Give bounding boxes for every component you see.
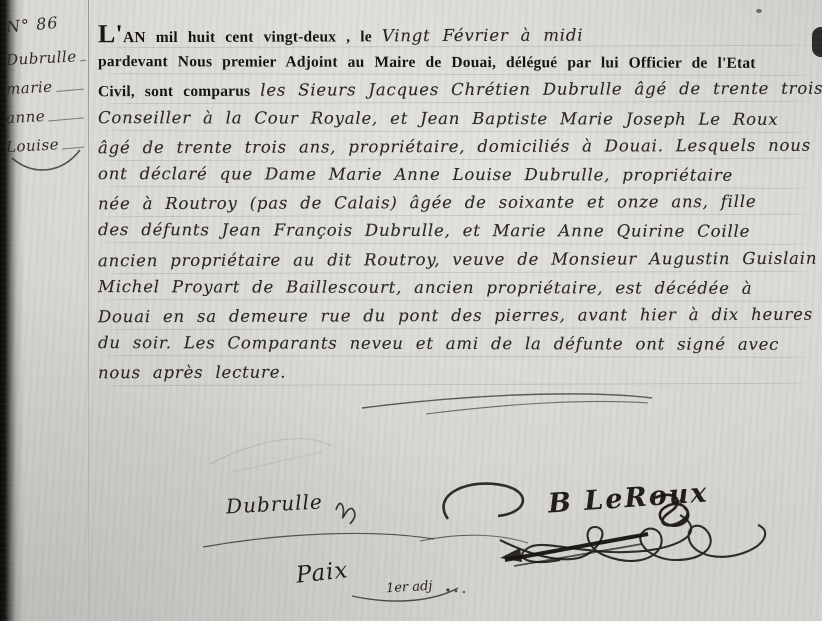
handwritten-text: ont déclaré que Dame Marie Anne Louise D…: [98, 164, 733, 185]
faint-pencil-stroke: [210, 439, 332, 464]
margin-name-row: marie: [6, 76, 87, 98]
margin-name-line: Dubrulle: [6, 47, 77, 69]
body-line: ont déclaré que Dame Marie Anne Louise D…: [98, 164, 814, 194]
body-line: Civil, sont comparusles Sieurs Jacques C…: [98, 79, 814, 110]
handwritten-text: Douai en sa demeure rue du pont des pier…: [98, 305, 813, 326]
margin-name-row: anne: [6, 105, 87, 127]
ink-dot: [463, 591, 466, 594]
act-body-text: L'AN mil huit cent vingt-deux , leVingt …: [98, 24, 814, 390]
act-number: N° 86: [5, 11, 86, 37]
body-line: L'AN mil huit cent vingt-deux , leVingt …: [98, 23, 814, 54]
margin-name-line: marie: [6, 78, 53, 98]
closing-flourish: [426, 401, 648, 414]
body-line: Conseiller à la Cour Royale, et Jean Bap…: [98, 108, 814, 138]
body-line: Michel Proyart de Baillescourt, ancien p…: [98, 277, 814, 307]
body-line: âgé de trente trois ans, propriétaire, d…: [98, 136, 814, 167]
body-line: ancien propriétaire au dit Routroy, veuv…: [98, 248, 814, 279]
margin-underline-flourish: [80, 60, 86, 62]
handwritten-text: des défunts Jean François Dubrulle, et M…: [98, 220, 750, 241]
printed-text: pardevant Nous premier Adjoint au Maire …: [98, 53, 756, 72]
handwritten-text: Michel Proyart de Baillescourt, ancien p…: [98, 277, 752, 298]
body-line: nous après lecture.: [98, 361, 814, 392]
signature-adjoint: Paix: [295, 557, 350, 588]
flourish-arrowhead: [500, 548, 522, 562]
ink-dot: [455, 590, 458, 593]
margin-name-row: Dubrulle: [6, 47, 87, 69]
margin-name-line: Louise: [6, 135, 60, 156]
body-line: des défunts Jean François Dubrulle, et M…: [98, 220, 814, 250]
printed-text: Civil, sont comparus: [98, 83, 250, 101]
handwritten-text: les Sieurs Jacques Chrétien Dubrulle âgé…: [260, 79, 822, 100]
margin-underline-flourish: [48, 117, 84, 121]
handwritten-text: née à Routroy (pas de Calais) âgée de so…: [98, 192, 757, 213]
handwritten-text: Conseiller à la Cour Royale, et Jean Bap…: [98, 108, 778, 129]
bold-flourish-stroke: [505, 534, 648, 560]
printed-text: L'AN mil huit cent vingt-deux , le: [98, 28, 372, 46]
body-line: Douai en sa demeure rue du pont des pier…: [98, 305, 814, 336]
handwritten-text: du soir. Les Comparants neveu et ami de …: [98, 333, 779, 354]
body-line: pardevant Nous premier Adjoint au Maire …: [98, 51, 814, 81]
document-scan: N° 86 Dubrulle marie anne Louise L'AN mi…: [0, 0, 822, 621]
margin-name-line: anne: [6, 107, 46, 127]
signature-adjoint-title: 1er adj: [386, 579, 433, 596]
handwritten-text: âgé de trente trois ans, propriétaire, d…: [98, 136, 811, 157]
paper-speck: [756, 9, 762, 13]
signature-dubrulle: Dubrulle: [225, 489, 323, 518]
closing-flourish: [362, 394, 652, 408]
handwritten-text: nous après lecture.: [98, 363, 286, 383]
handwritten-text: ancien propriétaire au dit Routroy, veuv…: [98, 248, 817, 270]
bold-flourish-stroke: [514, 544, 642, 566]
thin-flourish-line: [420, 535, 528, 543]
margin-underline-flourish: [62, 147, 84, 150]
margin-underline-flourish: [56, 89, 84, 92]
body-line: née à Routroy (pas de Calais) âgée de so…: [98, 192, 814, 223]
margin-name-row: Louise: [6, 134, 87, 156]
margin-annotations: N° 86 Dubrulle marie anne Louise: [6, 14, 86, 165]
signature-loops-leroux: [500, 515, 765, 562]
margin-rule-line: [88, 0, 89, 621]
signature-curl-leroux: [444, 484, 523, 519]
body-line: du soir. Les Comparants neveu et ami de …: [98, 333, 814, 363]
faint-pencil-stroke: [232, 452, 322, 472]
handwritten-text: Vingt Février à midi: [382, 26, 584, 46]
signature-paraph-dubrulle: [336, 504, 355, 524]
signature-leroux: B LeRoux: [547, 477, 709, 519]
ink-dot: [446, 588, 449, 591]
signature-underline-dubrulle: [203, 533, 434, 547]
